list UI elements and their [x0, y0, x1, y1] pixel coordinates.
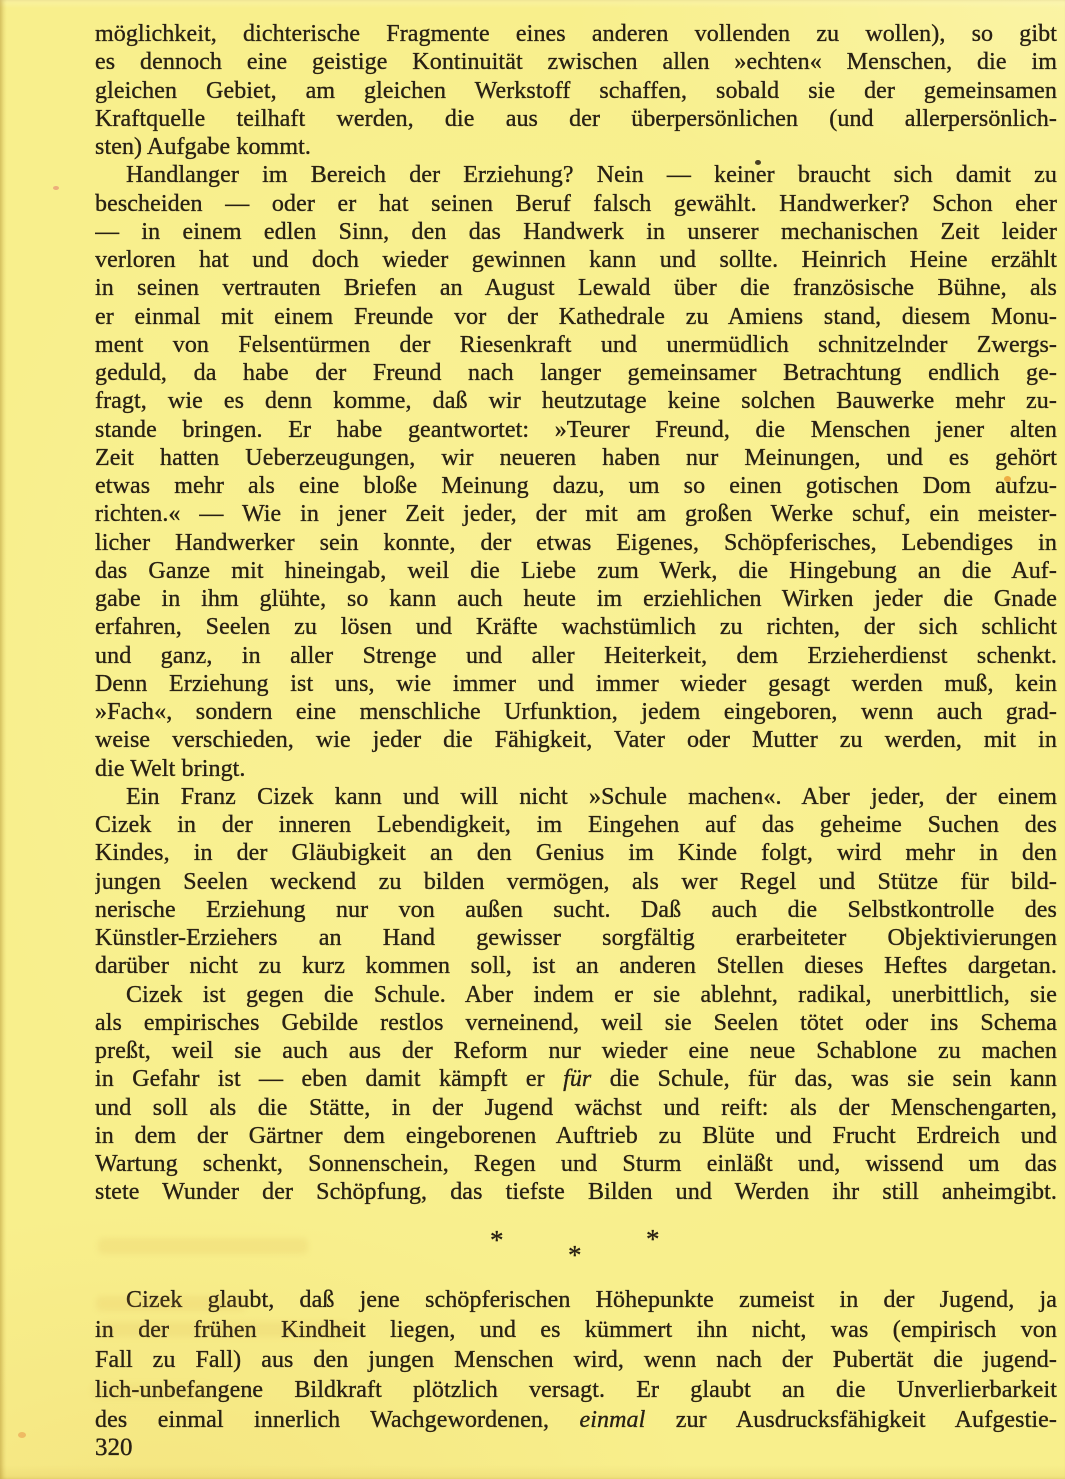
text-line: Kraftquelle teilhaft werden, die aus der…	[95, 105, 1057, 133]
text-line: jungen Seelen weckend zu bilden vermögen…	[95, 868, 1057, 896]
text-line: lich-unbefangene Bildkraft plötzlich ver…	[95, 1375, 1057, 1405]
text-line: Wartung schenkt, Sonnenschein, Regen und…	[95, 1150, 1057, 1178]
text-line: »Fach«, sondern eine menschliche Urfunkt…	[95, 698, 1057, 726]
text-line: des einmal innerlich Wachgewordenen, ein…	[95, 1405, 1057, 1435]
paragraph: möglichkeit, dichterische Fragmente eine…	[95, 20, 1057, 161]
text-line: — in einem edlen Sinn, den das Handwerk …	[95, 218, 1057, 246]
text-line: bescheiden — oder er hat seinen Beruf fa…	[95, 190, 1057, 218]
text-line: stete Wunder der Schöpfung, das tiefste …	[95, 1178, 1057, 1206]
text-line: nerische Erziehung nur von außen sucht. …	[95, 896, 1057, 924]
text-line: in Gefahr ist — eben damit kämpft er für…	[95, 1065, 1057, 1093]
text-line: Zeit hatten Ueberzeugungen, wir neueren …	[95, 444, 1057, 472]
text-line: und soll als die Stätte, in der Jugend w…	[95, 1094, 1057, 1122]
text-line: ment von Felsentürmen der Riesenkraft un…	[95, 331, 1057, 359]
page-number: 320	[95, 1434, 133, 1462]
text-line: geduld, da habe der Freund nach langer g…	[95, 359, 1057, 387]
stain-speck-artifact	[53, 186, 59, 190]
text-line: Kindes, in der Gläubigkeit an den Genius…	[95, 839, 1057, 867]
text-line: das Ganze mit hineingab, weil die Liebe …	[95, 557, 1057, 585]
text-line: preßt, weil sie auch aus der Reform nur …	[95, 1037, 1057, 1065]
asterisk-ornament: *	[490, 1227, 504, 1254]
paragraph: Cizek ist gegen die Schule. Aber indem e…	[95, 981, 1057, 1207]
ink-speck-artifact	[755, 160, 761, 165]
text-line: er einmal mit einem Freunde vor der Kath…	[95, 303, 1057, 331]
text-line: richten.« — Wie in jener Zeit jeder, der…	[95, 500, 1057, 528]
text-column: möglichkeit, dichterische Fragmente eine…	[95, 20, 1057, 1435]
text-line: als empirisches Gebilde restlos verneine…	[95, 1009, 1057, 1037]
text-line: und ganz, in aller Strenge und aller Hei…	[95, 642, 1057, 670]
text-line: in dem der Gärtner dem eingeborenen Auft…	[95, 1122, 1057, 1150]
bleed-through-artifact	[98, 1238, 308, 1254]
text-line: Cizek ist gegen die Schule. Aber indem e…	[95, 981, 1057, 1009]
text-line: darüber nicht zu kurz kommen soll, ist a…	[95, 952, 1057, 980]
text-line: gleichen Gebiet, am gleichen Werkstoff s…	[95, 77, 1057, 105]
bleed-through-artifact	[100, 1322, 350, 1337]
text-line: Fall zu Fall) aus den jungen Menschen wi…	[95, 1345, 1057, 1375]
text-line: erfahren, Seelen zu lösen und Kräfte wac…	[95, 613, 1057, 641]
bleed-through-artifact	[96, 1296, 246, 1311]
text-line: Künstler-Erziehers an Hand gewisser sorg…	[95, 924, 1057, 952]
paragraph: Handlanger im Bereich der Erziehung? Nei…	[95, 161, 1057, 783]
text-line: weise verschieden, wie jeder die Fähigke…	[95, 726, 1057, 754]
stain-speck-artifact	[18, 1432, 26, 1438]
text-line: fragt, wie es denn komme, daß wir heutzu…	[95, 387, 1057, 415]
text-line: sten) Aufgabe kommt.	[95, 133, 1057, 161]
text-line: Ein Franz Cizek kann und will nicht »Sch…	[95, 783, 1057, 811]
text-block-main: möglichkeit, dichterische Fragmente eine…	[95, 20, 1057, 1207]
text-line: in seinen vertrauten Briefen an August L…	[95, 274, 1057, 302]
bleed-through-artifact	[92, 1384, 212, 1398]
text-line: licher Handwerker sein konnte, der etwas…	[95, 529, 1057, 557]
text-line: verloren hat und doch wieder gewinnen ka…	[95, 246, 1057, 274]
text-line: Cizek in der inneren Lebendigkeit, im Ei…	[95, 811, 1057, 839]
book-page: möglichkeit, dichterische Fragmente eine…	[0, 0, 1065, 1479]
text-line: möglichkeit, dichterische Fragmente eine…	[95, 20, 1057, 48]
text-line: etwas mehr als eine bloße Meinung dazu, …	[95, 472, 1057, 500]
text-line: es dennoch eine geistige Kontinuität zwi…	[95, 48, 1057, 76]
text-line: stande bringen. Er habe geantwortet: »Te…	[95, 416, 1057, 444]
stain-speck-artifact	[1004, 476, 1011, 482]
text-line: Handlanger im Bereich der Erziehung? Nei…	[95, 161, 1057, 189]
text-line: Denn Erziehung ist uns, wie immer und im…	[95, 670, 1057, 698]
text-line: die Welt bringt.	[95, 755, 1057, 783]
paragraph: Ein Franz Cizek kann und will nicht »Sch…	[95, 783, 1057, 981]
text-line: gabe in ihm glühte, so kann auch heute i…	[95, 585, 1057, 613]
asterisk-ornament: *	[646, 1226, 660, 1253]
asterisk-ornament: *	[568, 1242, 582, 1269]
